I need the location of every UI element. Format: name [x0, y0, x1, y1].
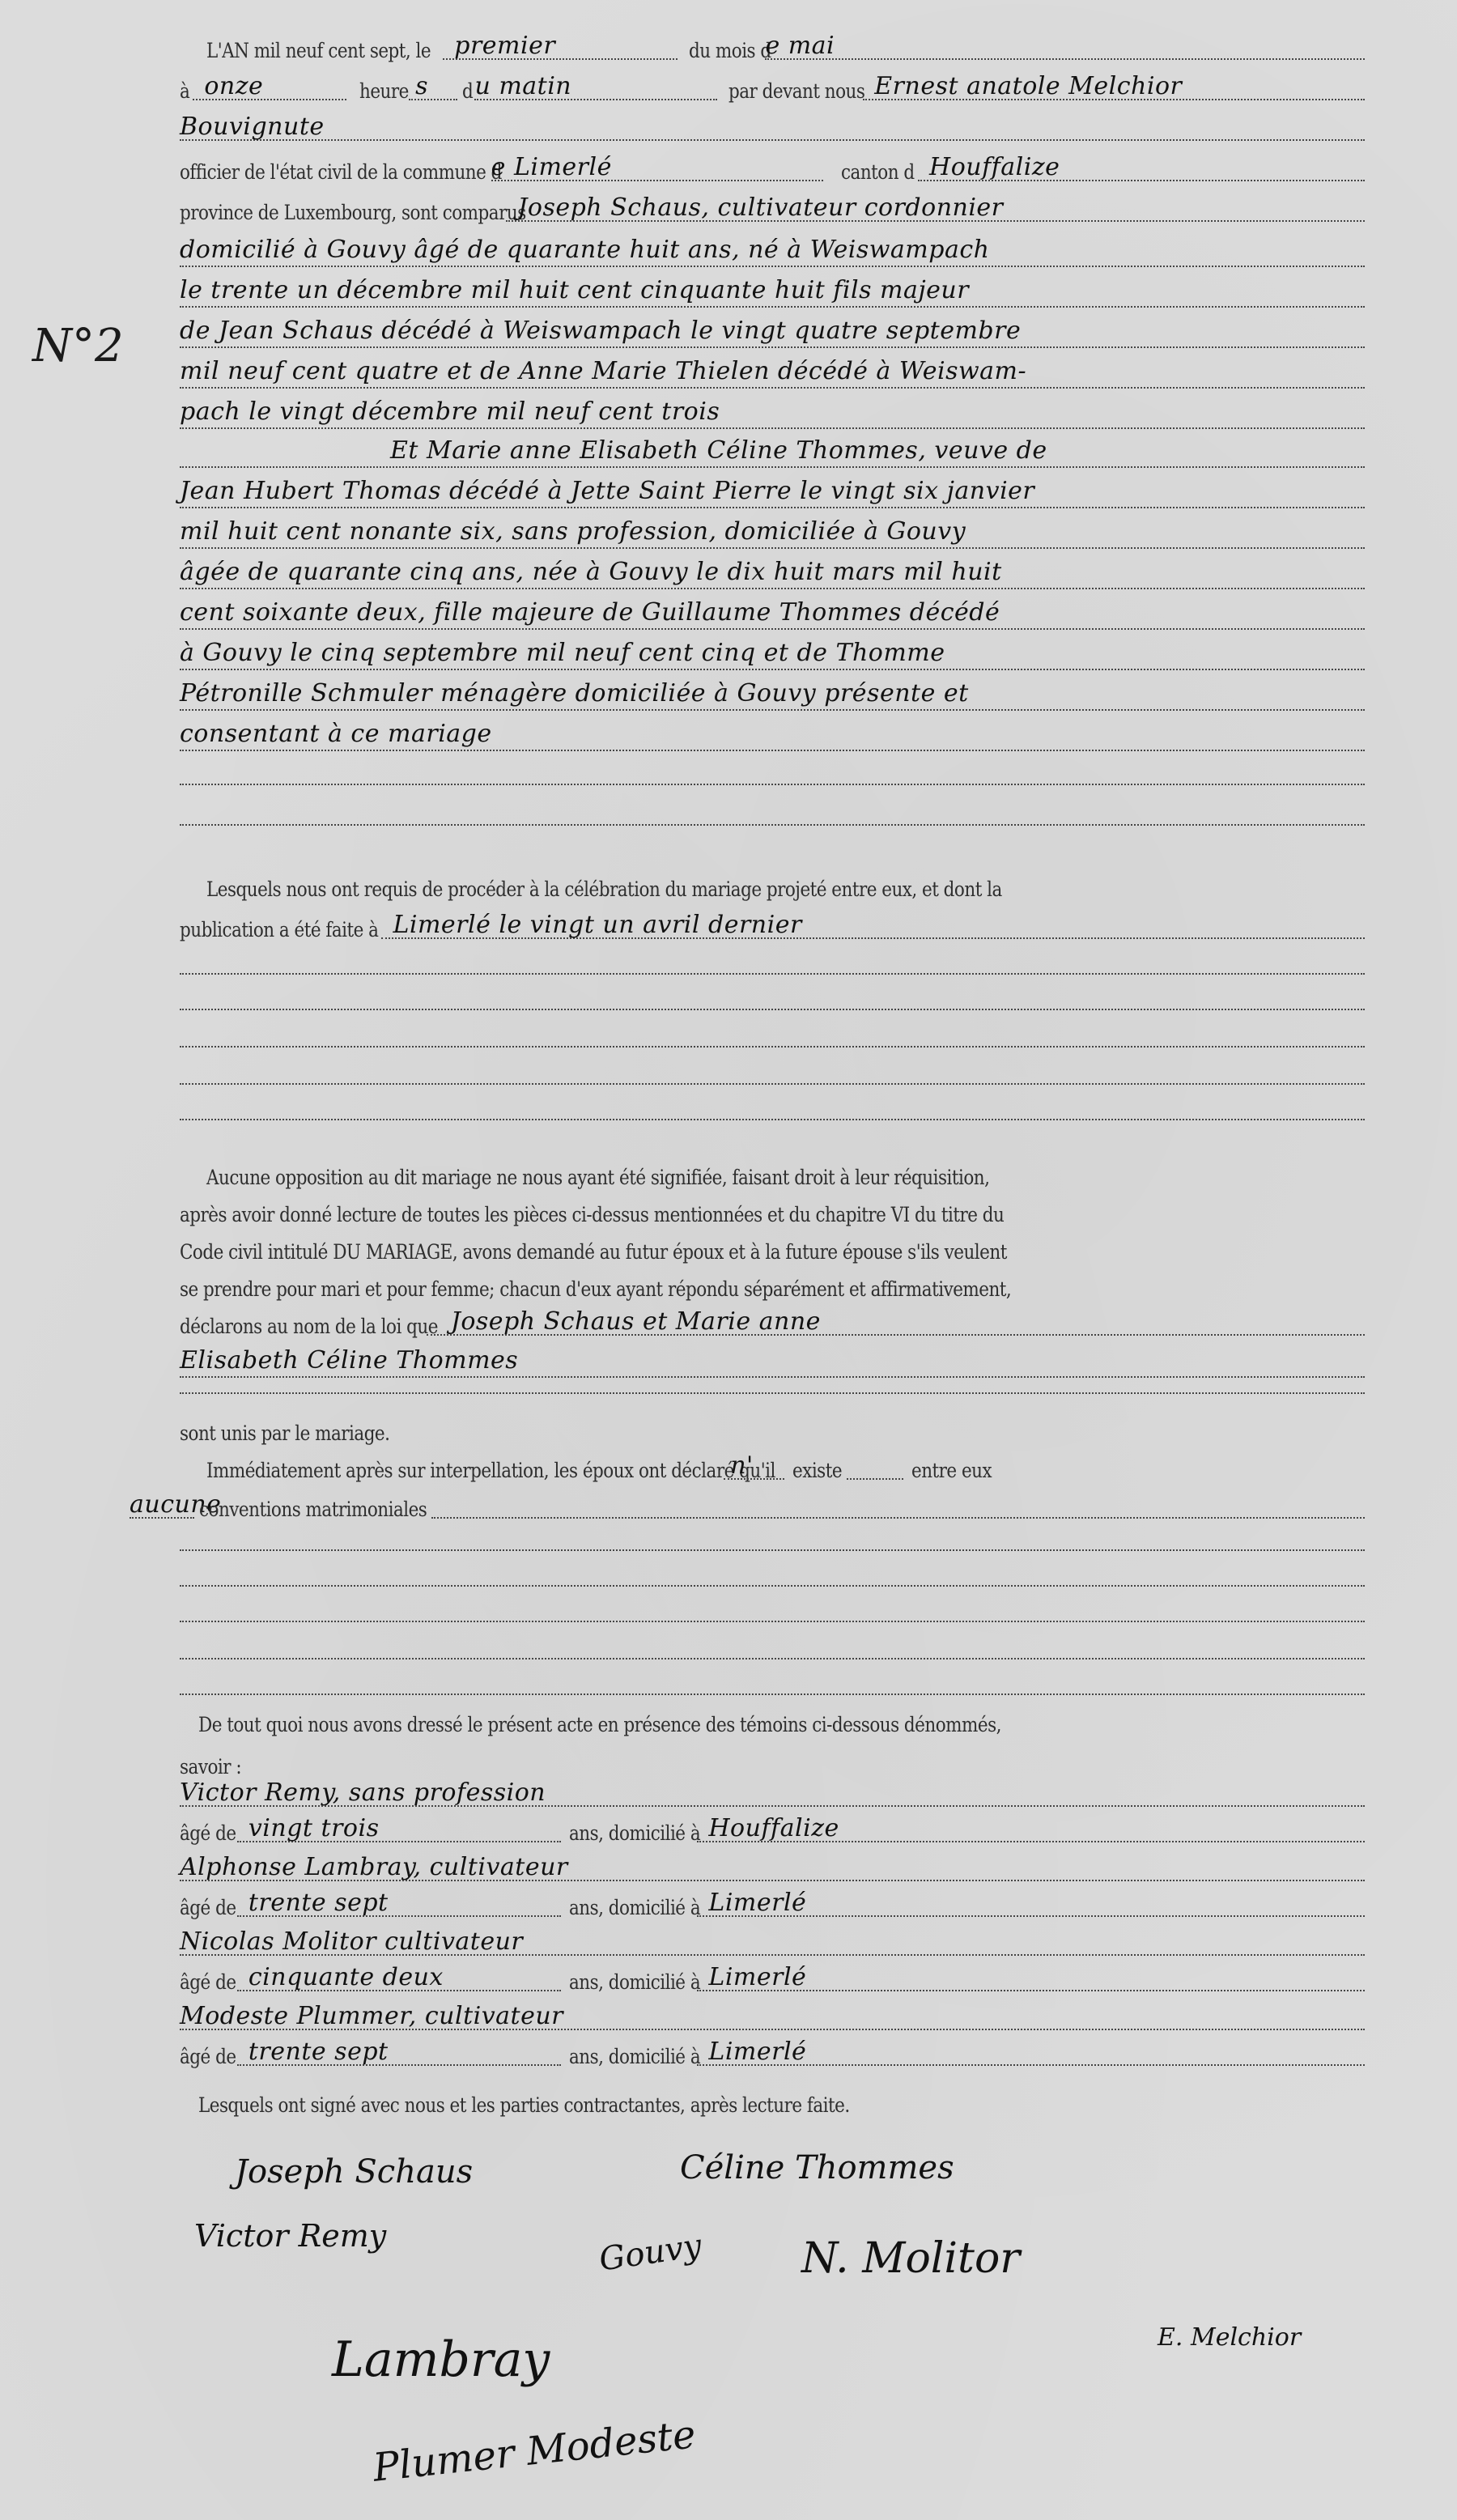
handwritten-text: cent soixante deux, fille majeure de Gui…: [180, 598, 1000, 627]
dotted-line: [180, 1044, 1365, 1048]
day-field: premier: [443, 26, 678, 60]
intro-line-2: à onze heure s d u matin par devant nous…: [180, 66, 1365, 107]
publication-line-2: publication a été faite à Limerlé le vin…: [180, 905, 1365, 946]
print-text: ans, domicilié à: [569, 1970, 700, 1998]
print-text: Lesquels nous ont requis de procéder à l…: [206, 878, 1002, 905]
bride-line: cent soixante deux, fille majeure de Gui…: [180, 591, 1365, 631]
groom-line: mil neuf cent quatre et de Anne Marie Th…: [180, 350, 1365, 390]
declaration-line: Code civil intitulé DU MARIAGE, avons de…: [180, 1227, 1365, 1268]
witness-domicile-field: Limerlé: [697, 1883, 1365, 1917]
handwritten-text: consentant à ce mariage: [180, 720, 492, 748]
print-text: Immédiatement après sur interpellation, …: [206, 1459, 775, 1486]
print-text: âgé de: [180, 2045, 236, 2072]
groom-line: le trente un décembre mil huit cent cinq…: [180, 269, 1365, 309]
print-text: province de Luxembourg, sont comparus: [180, 201, 526, 228]
print-text: entre eux: [911, 1459, 992, 1486]
hour-suffix-field: s: [409, 66, 457, 100]
print-text: du mois d: [689, 39, 771, 66]
dotted-line: [180, 385, 1365, 389]
signature-lambray: Lambray: [332, 2331, 550, 2388]
commune-value: e Limerlé: [491, 153, 612, 181]
print-text: sont unis par le mariage.: [180, 1421, 389, 1449]
intro-line-3: Bouvignute: [180, 107, 1365, 147]
dotted-line: [180, 1804, 1365, 1807]
dotted-line: [180, 782, 1365, 785]
dotted-line: [180, 1375, 1365, 1378]
dotted-line: [180, 1619, 1365, 1622]
dotted-line: [180, 1878, 1365, 1881]
witness-age-line: âgé decinquante deuxans, domicilié àLime…: [180, 1957, 1365, 1998]
groom-line: domicilié à Gouvy âgé de quarante huit a…: [180, 228, 1365, 269]
witness-age-line: âgé devingt troisans, domicilié àHouffal…: [180, 1808, 1365, 1849]
dotted-line: [180, 345, 1365, 348]
canton-field: Houffalize: [918, 147, 1365, 181]
witness-domicile-field: Houffalize: [697, 1808, 1365, 1842]
witness-name-line: Alphonse Lambray, cultivateur: [180, 1846, 1365, 1886]
witness-name-line: Nicolas Molitor cultivateur: [180, 1920, 1365, 1961]
bride-line: à Gouvy le cinq septembre mil neuf cent …: [180, 631, 1365, 672]
dotted-line: [180, 1548, 1365, 1551]
record-number: N°2: [32, 320, 124, 372]
canton-value: Houffalize: [929, 153, 1060, 181]
handwritten-text: Pétronille Schmuler ménagère domiciliée …: [180, 679, 969, 708]
spouses-line-2: Elisabeth Céline Thommes: [180, 1339, 1365, 1379]
witness-age-field: cinquante deux: [237, 1957, 561, 1991]
print-text: ans, domicilié à: [569, 2045, 700, 2072]
hour-suffix-value: s: [415, 72, 428, 100]
declaration-line: se prendre pour mari et pour femme; chac…: [180, 1264, 1365, 1305]
exists-value: n': [730, 1451, 754, 1480]
print-text: Lesquels ont signé avec nous et les part…: [198, 2093, 850, 2121]
witness-domicile-field: Limerlé: [697, 2032, 1365, 2066]
print-text: L'AN mil neuf cent sept, le: [206, 39, 431, 66]
dotted-line: [180, 1656, 1365, 1659]
groom-line: pach le vingt décembre mil neuf cent tro…: [180, 390, 1365, 431]
handwritten-text: domicilié à Gouvy âgé de quarante huit a…: [180, 236, 989, 264]
dotted-line: [180, 708, 1365, 711]
dotted-line: [180, 1082, 1365, 1085]
conventions-field: [431, 1485, 1365, 1519]
signature-gouvy: Gouvy: [597, 2227, 703, 2278]
signature-bride: Céline Thommes: [680, 2149, 954, 2186]
time-of-day-value: u matin: [474, 72, 571, 100]
handwritten-text: à Gouvy le cinq septembre mil neuf cent …: [180, 639, 945, 667]
bride-line: Jean Hubert Thomas décédé à Jette Saint …: [180, 470, 1365, 510]
witness-name: Modeste Plummer, cultivateur: [180, 2002, 563, 2030]
intro-line-5: province de Luxembourg, sont comparus Jo…: [180, 188, 1365, 228]
witness-age: trente sept: [248, 1889, 389, 1917]
marriage-record-page: N°2 L'AN mil neuf cent sept, le premier …: [0, 0, 1457, 2520]
dotted-line: [180, 667, 1365, 670]
handwritten-text: le trente un décembre mil huit cent cinq…: [180, 276, 969, 304]
handwritten-text: Jean Hubert Thomas décédé à Jette Saint …: [180, 477, 1034, 505]
handwritten-text: mil huit cent nonante six, sans professi…: [180, 517, 966, 546]
witness-name: Alphonse Lambray, cultivateur: [180, 1853, 568, 1881]
officer-field-cont: Bouvignute: [180, 107, 1365, 141]
print-text: canton d: [841, 160, 915, 188]
officer-field: Ernest anatole Melchior: [863, 66, 1365, 100]
bride-line: Et Marie anne Elisabeth Céline Thommes, …: [180, 429, 1365, 470]
officer-name-value: Ernest anatole Melchior: [874, 72, 1182, 100]
groom-line: de Jean Schaus décédé à Weiswampach le v…: [180, 309, 1365, 350]
hour-field: onze: [193, 66, 346, 100]
declaration-line: Aucune opposition au dit mariage ne nous…: [206, 1153, 1365, 1193]
bride-line: consentant à ce mariage: [180, 712, 1365, 753]
closing-line: Lesquels ont signé avec nous et les part…: [198, 2080, 1365, 2121]
spouses-field: Joseph Schaus et Marie anne: [427, 1302, 1365, 1336]
publication-field: Limerlé le vingt un avril dernier: [381, 905, 1365, 939]
bride-line: mil huit cent nonante six, sans professi…: [180, 510, 1365, 550]
signature-groom: Joseph Schaus: [235, 2153, 473, 2191]
witnesses-intro: De tout quoi nous avons dressé le présen…: [198, 1700, 1365, 1740]
dotted-line: [180, 2027, 1365, 2030]
united-line: sont unis par le mariage.: [180, 1409, 1365, 1449]
month-value: e mai: [765, 32, 835, 60]
dotted-line: [180, 748, 1365, 751]
dotted-line: [180, 1692, 1365, 1695]
spouses-value: Joseph Schaus et Marie anne: [451, 1307, 821, 1336]
handwritten-text: pach le vingt décembre mil neuf cent tro…: [180, 397, 720, 426]
witness-name: Victor Remy, sans profession: [180, 1778, 546, 1807]
spacer: [180, 842, 1365, 844]
day-value: premier: [454, 32, 555, 60]
print-text: ans, domicilié à: [569, 1896, 700, 1923]
officer-name-value-2: Bouvignute: [180, 113, 325, 141]
handwritten-text: de Jean Schaus décédé à Weiswampach le v…: [180, 317, 1021, 345]
commune-field: e Limerlé: [491, 147, 823, 181]
exists-field: n': [724, 1446, 784, 1480]
contract-line-1: Immédiatement après sur interpellation, …: [206, 1446, 1365, 1486]
hour-value: onze: [204, 72, 263, 100]
witness-domicile: Limerlé: [708, 1963, 806, 1991]
dotted-line: [180, 465, 1365, 468]
bride-line: Pétronille Schmuler ménagère domiciliée …: [180, 672, 1365, 712]
handwritten-text: mil neuf cent quatre et de Anne Marie Th…: [180, 357, 1026, 385]
handwritten-text: âgée de quarante cinq ans, née à Gouvy l…: [180, 558, 1002, 586]
print-text: âgé de: [180, 1970, 236, 1998]
dotted-line: [180, 546, 1365, 549]
dotted-line: [180, 1007, 1365, 1010]
dotted-line: [180, 1583, 1365, 1587]
print-text: existe: [792, 1459, 842, 1486]
witness-name-line: Modeste Plummer, cultivateur: [180, 1995, 1365, 2035]
print-text: officier de l'état civil de la commune d: [180, 160, 502, 188]
month-field: e mai: [765, 26, 1365, 60]
dotted-line: [180, 1953, 1365, 1956]
signature-officer: E. Melchior: [1158, 2323, 1301, 2352]
print-text: âgé de: [180, 1821, 236, 1849]
dotted-line: [180, 1391, 1365, 1394]
dotted-line: [180, 627, 1365, 630]
signature-molitor: N. Molitor: [801, 2234, 1020, 2283]
witness-domicile: Limerlé: [708, 2038, 806, 2066]
time-of-day-field: u matin: [474, 66, 717, 100]
dotted-line: [180, 1117, 1365, 1120]
witness-name-line: Victor Remy, sans profession: [180, 1771, 1365, 1812]
signature-witness-1: Victor Remy: [194, 2218, 386, 2254]
publication-line-1: Lesquels nous ont requis de procéder à l…: [206, 865, 1365, 905]
print-text: d: [462, 79, 473, 107]
dotted-line: [180, 822, 1365, 826]
handwritten-text: Et Marie anne Elisabeth Céline Thommes, …: [390, 436, 1047, 465]
print-text: âgé de: [180, 1896, 236, 1923]
print-text: heure: [359, 79, 409, 107]
groom-value: Joseph Schaus, cultivateur cordonnier: [517, 193, 1003, 222]
groom-field: Joseph Schaus, cultivateur cordonnier: [506, 188, 1365, 222]
witness-age-line: âgé detrente septans, domicilié àLimerlé: [180, 2032, 1365, 2072]
witness-domicile: Houffalize: [708, 1814, 839, 1842]
intro-line-1: L'AN mil neuf cent sept, le premier du m…: [206, 26, 1365, 66]
print-text: déclarons au nom de la loi que: [180, 1315, 438, 1342]
witness-age-field: vingt trois: [237, 1808, 561, 1842]
existe-field: [847, 1446, 903, 1480]
witness-age: trente sept: [248, 2038, 389, 2066]
publication-value: Limerlé le vingt un avril dernier: [393, 911, 801, 939]
witness-age-field: trente sept: [237, 1883, 561, 1917]
print-text: ans, domicilié à: [569, 1821, 700, 1849]
none-field: aucune: [130, 1485, 194, 1519]
witness-age: vingt trois: [248, 1814, 380, 1842]
print-text: Code civil intitulé DU MARIAGE, avons de…: [180, 1240, 1007, 1268]
intro-line-4: officier de l'état civil de la commune d…: [180, 147, 1365, 188]
witness-age: cinquante deux: [248, 1963, 444, 1991]
dotted-line: [180, 505, 1365, 508]
print-text: se prendre pour mari et pour femme; chac…: [180, 1277, 1011, 1305]
signature-plumer: Plumer Modeste: [371, 2412, 698, 2491]
witness-domicile: Limerlé: [708, 1889, 806, 1917]
witness-age-field: trente sept: [237, 2032, 561, 2066]
print-text: conventions matrimoniales: [199, 1498, 427, 1525]
dotted-line: [180, 971, 1365, 975]
print-text: publication a été faite à: [180, 918, 378, 946]
witness-domicile-field: Limerlé: [697, 1957, 1365, 1991]
spouses-value-2: Elisabeth Céline Thommes: [180, 1346, 518, 1375]
print-text: Aucune opposition au dit mariage ne nous…: [206, 1166, 989, 1193]
print-text: après avoir donné lecture de toutes les …: [180, 1203, 1004, 1230]
dotted-line: [180, 264, 1365, 267]
print-text: De tout quoi nous avons dressé le présen…: [198, 1713, 1001, 1740]
contract-line-2: aucune conventions matrimoniales: [130, 1485, 1365, 1525]
dotted-line: [180, 304, 1365, 308]
declaration-line: après avoir donné lecture de toutes les …: [180, 1190, 1365, 1230]
bride-line: âgée de quarante cinq ans, née à Gouvy l…: [180, 550, 1365, 591]
print-text: à: [180, 79, 189, 107]
dotted-line: [180, 586, 1365, 589]
print-text: par devant nous: [728, 79, 864, 107]
witness-age-line: âgé detrente septans, domicilié àLimerlé: [180, 1883, 1365, 1923]
witness-name: Nicolas Molitor cultivateur: [180, 1927, 523, 1956]
declaration-line-5: déclarons au nom de la loi que Joseph Sc…: [180, 1302, 1365, 1342]
